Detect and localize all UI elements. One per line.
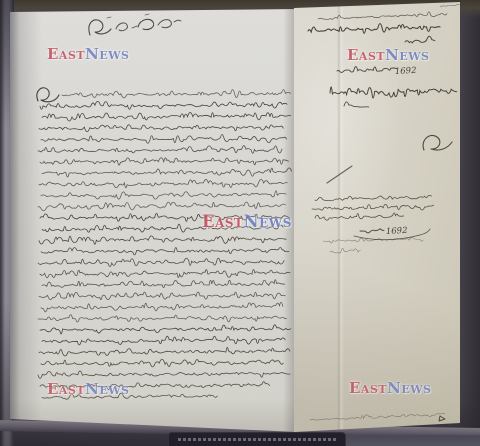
watermark-news: News: [243, 212, 291, 231]
watermark-east: East: [349, 379, 387, 397]
signature-flourish: [423, 135, 452, 150]
initial-capital-flourish: [37, 88, 59, 102]
manuscript-page-right: 1692 1692: [294, 0, 460, 432]
diagonal-pen-stroke: [327, 166, 352, 183]
watermark-news: News: [85, 380, 129, 398]
caption-illegible-text: [178, 438, 336, 441]
watermark-east: East: [47, 45, 85, 63]
watermark-eastnews-top-right: EastNews: [347, 48, 430, 63]
handwriting-ink-right: 1692 1692: [294, 0, 460, 432]
watermark-eastnews-bottom-right: EastNews: [349, 381, 432, 396]
watermark-news: News: [387, 379, 431, 397]
watermark-news: News: [385, 46, 429, 64]
watermark-east: East: [202, 212, 243, 231]
watermark-eastnews-bottom-left: EastNews: [47, 382, 130, 397]
shelf-reflection: [340, 435, 480, 446]
ink-blot: [439, 416, 445, 421]
watermark-news: News: [85, 45, 129, 63]
year-heading-1692: 1692: [395, 66, 417, 77]
year-docket-1692: 1692: [386, 226, 408, 237]
watermark-eastnews-top-left: EastNews: [47, 47, 130, 62]
caption-label: [168, 432, 346, 446]
photo-of-manuscript: 1692 1692 EastNews EastNews EastNews Eas…: [0, 0, 480, 446]
watermark-east: East: [47, 380, 85, 398]
watermark-east: East: [347, 46, 385, 64]
watermark-eastnews-center: EastNews: [202, 214, 292, 231]
calligraphic-heading-flourish: [89, 14, 181, 35]
